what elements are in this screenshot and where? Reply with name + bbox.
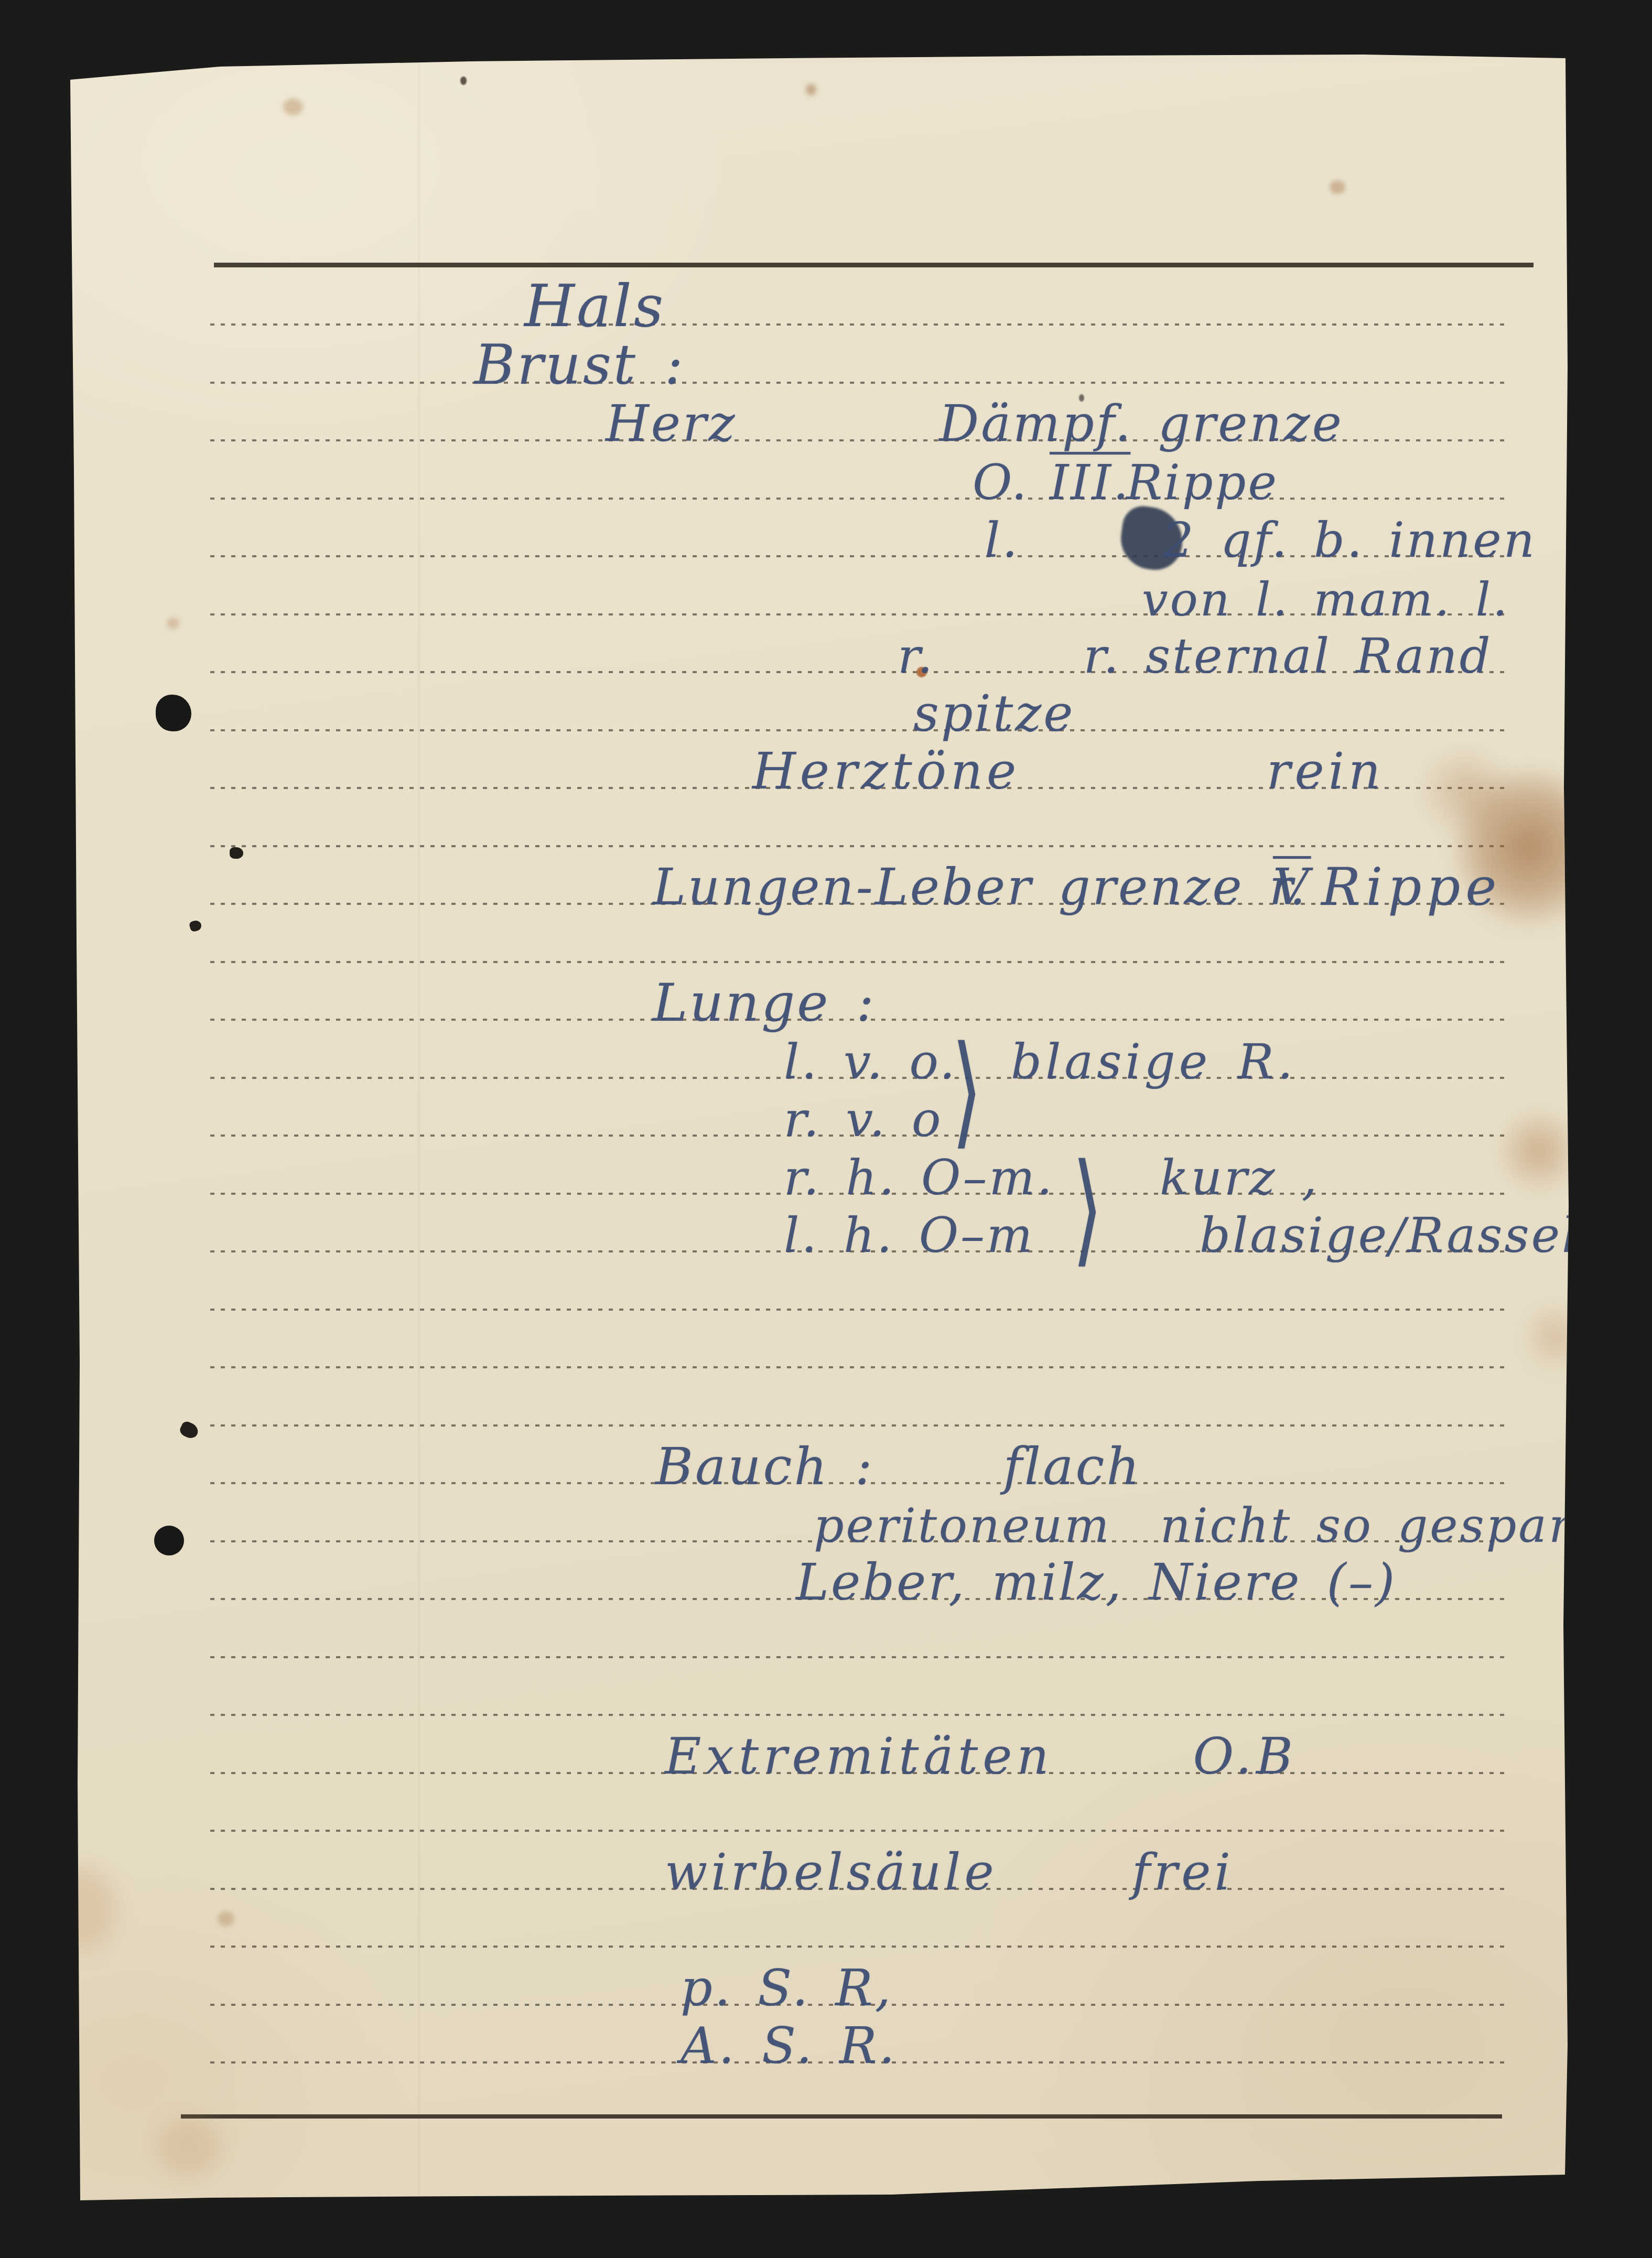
stain-right-mid	[1494, 1106, 1583, 1195]
ruled-line	[210, 729, 1504, 731]
hw-rvo: r. v. o	[784, 1096, 943, 1144]
ruled-line	[210, 961, 1504, 963]
hw-extremitaeten: Extremitäten O.B	[665, 1732, 1298, 1782]
foxing-spot	[283, 99, 303, 115]
hw-rippe-1: Rippe	[1126, 459, 1279, 507]
punch-hole-lower	[154, 1526, 184, 1555]
ruled-line	[210, 1830, 1504, 1832]
bottom-rule-line	[181, 2114, 1502, 2119]
ruled-line	[210, 1366, 1504, 1368]
hw-querfinger: 2 qf. b. innen	[1163, 516, 1537, 565]
foxing-smear	[157, 2118, 220, 2176]
hw-von-mam: von l. mam. l.	[1142, 577, 1509, 623]
foxing-spot	[218, 1911, 234, 1926]
ruled-line	[210, 845, 1504, 847]
foxing-spot	[806, 84, 816, 95]
hw-lvo: l. v. o.	[784, 1038, 957, 1086]
hw-brust: Brust :	[474, 338, 685, 393]
top-rule-line	[214, 263, 1534, 267]
punch-hole-upper	[156, 695, 191, 731]
ruled-line	[210, 1714, 1504, 1716]
hw-leber-milz-niere: Leber, milz, Niere (–)	[796, 1558, 1397, 1608]
paper-crease	[417, 58, 420, 2202]
ruled-line	[210, 323, 1504, 326]
hw-blasige-r: blasige R.	[1011, 1038, 1297, 1086]
hw-herz-daempfgrenze: Herz Dämpf. grenze	[606, 399, 1344, 449]
ruled-line	[210, 1656, 1504, 1658]
paper-tear	[230, 847, 243, 859]
hw-hals: Hals	[524, 277, 665, 335]
paper-tear	[189, 919, 202, 932]
hw-o-abbr: O.	[973, 459, 1029, 507]
hw-rippe-2: Rippe	[1321, 861, 1502, 913]
foxing-spot	[1330, 180, 1345, 194]
ruled-line	[210, 1424, 1504, 1427]
ruled-line	[210, 382, 1504, 384]
hw-brace-lower: ⟩	[1072, 1148, 1103, 1270]
hw-lunge: Lunge :	[653, 977, 876, 1029]
hw-lhom: l. h. O–m	[784, 1212, 1034, 1260]
hw-kurz: kurz ,	[1160, 1154, 1319, 1202]
hw-blasige-rasseln: blasige/Rasseln	[1200, 1212, 1613, 1260]
hw-brace-upper: ⟩	[952, 1030, 982, 1152]
foxing-spot	[167, 618, 179, 629]
hw-rhom: r. h. O–m.	[784, 1154, 1054, 1202]
hw-sternal-rand: r. r. sternal Rand	[898, 632, 1493, 680]
hw-roman-five: V	[1273, 863, 1311, 913]
hw-roman-three: III.	[1050, 459, 1130, 507]
ruled-line	[210, 1946, 1504, 1948]
hw-peritoneum: peritoneum nicht so gespannt	[814, 1503, 1635, 1550]
hw-psr: p. S. R,	[681, 1964, 893, 2014]
hw-herztoene-rein: Herztöne rein	[752, 747, 1385, 797]
scan-background: { "doc": { "language": "German", "ink_co…	[0, 0, 1652, 2258]
hw-l-abbr: l.	[985, 516, 1020, 565]
hw-asr: A. S. R.	[681, 2022, 897, 2071]
stain	[1520, 1300, 1589, 1374]
hw-bauch-flach: Bauch : flach	[655, 1441, 1142, 1493]
hw-wirbelsaeule: wirbelsäule frei	[665, 1848, 1234, 1898]
ruled-line	[210, 498, 1504, 500]
foxing-smear	[47, 1866, 115, 1950]
paper-tear	[178, 1420, 201, 1441]
hw-lungen-leber-grenze: Lungen-Leber grenze r.	[653, 863, 1308, 913]
document-paper: Hals Brust : Herz Dämpf. grenze O. III. …	[0, 0, 1652, 2258]
paper-speck	[460, 77, 467, 85]
hw-spitze: spitze	[913, 689, 1075, 739]
ruled-line	[210, 1309, 1504, 1311]
